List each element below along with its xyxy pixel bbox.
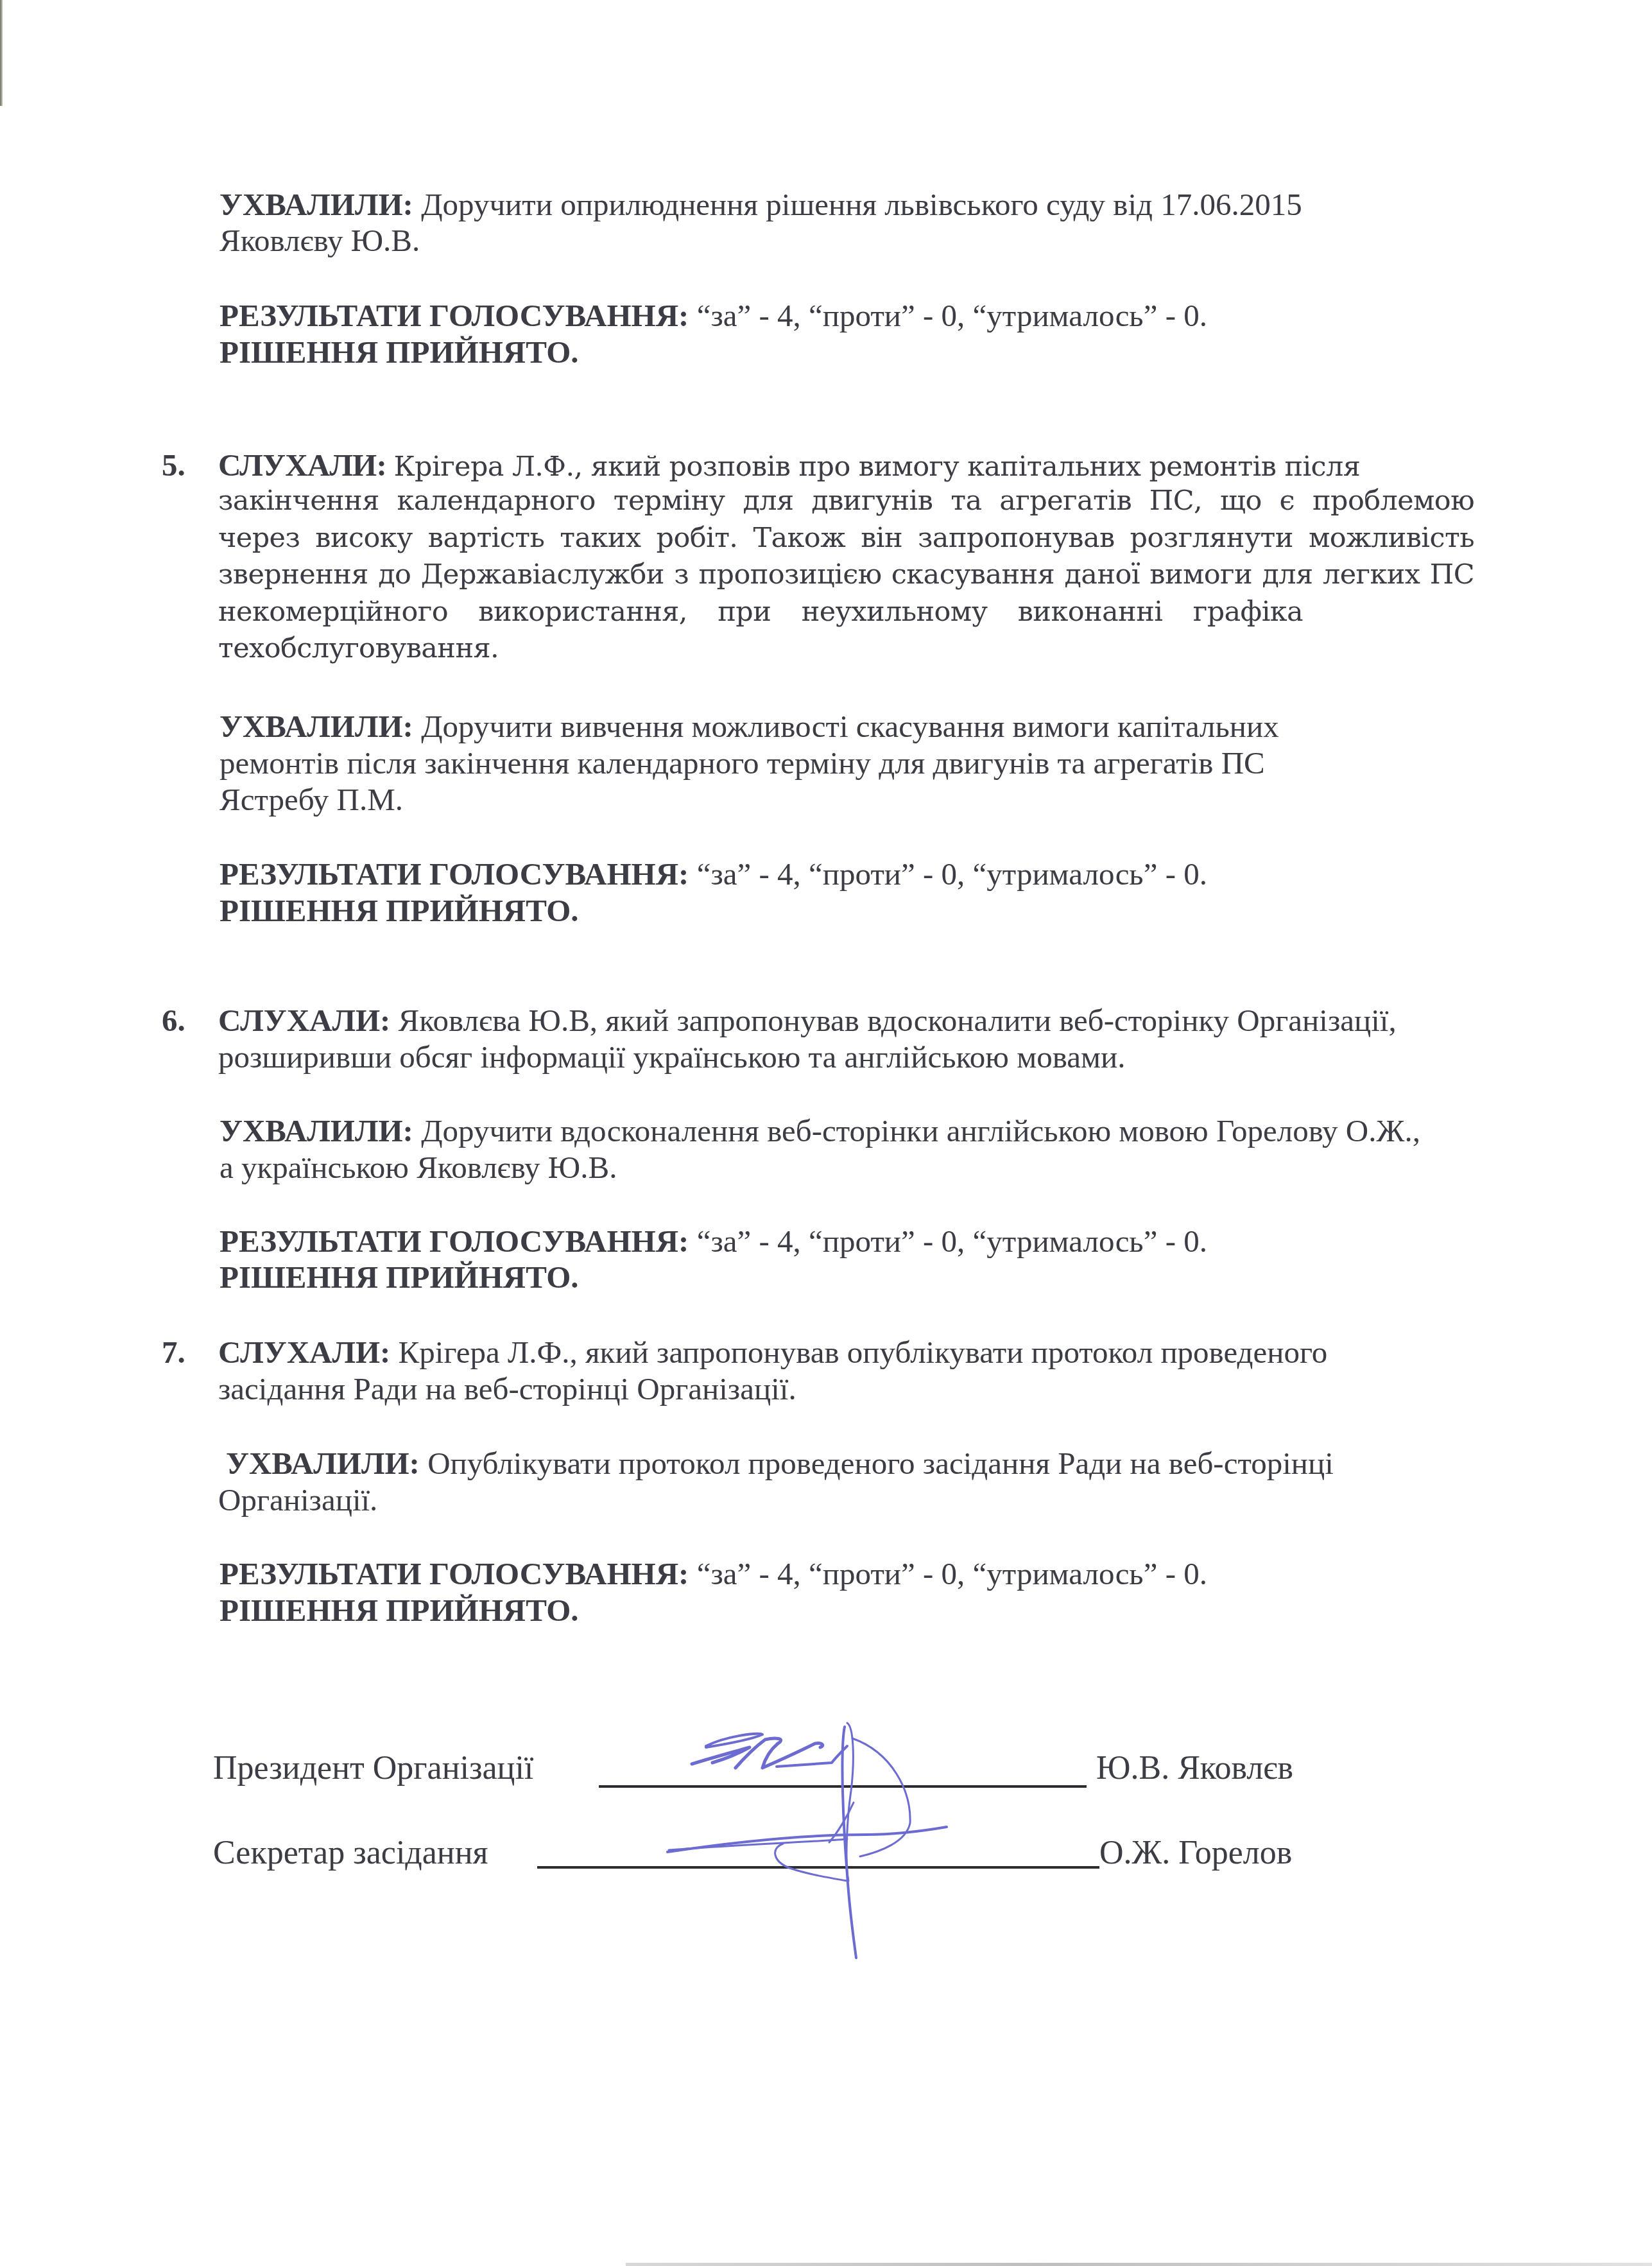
heard-line: СЛУХАЛИ: Яковлєва Ю.В, який запропонував… <box>218 1005 1474 1036</box>
heard-label: СЛУХАЛИ: <box>218 1335 390 1370</box>
heard-text: засідання Ради на веб-сторінці Організац… <box>218 1373 796 1405</box>
decided-label: УХВАЛИЛИ: <box>226 1446 420 1481</box>
decided-text: а українською Яковлєву Ю.В. <box>219 1152 617 1183</box>
vote-label: РЕЗУЛЬТАТИ ГОЛОСУВАННЯ: <box>219 1224 689 1259</box>
heard-text: Крігера Л.Ф., який розповів про вимогу к… <box>393 451 1360 483</box>
decision-line: УХВАЛИЛИ: Доручити вдосконалення веб-сто… <box>219 1115 1420 1146</box>
decided-text: Організації. <box>218 1484 377 1516</box>
heard-text: через високу вартість таких робіт. Також… <box>218 524 1474 552</box>
vote-text: “за” - 4, “проти” - 0, “утрималось” - 0. <box>697 1224 1207 1259</box>
decision-line: УХВАЛИЛИ: Опублікувати протокол проведен… <box>226 1448 1474 1479</box>
heard-text: техобслуговування. <box>218 635 499 662</box>
vote-text: “за” - 4, “проти” - 0, “утрималось” - 0. <box>697 298 1207 333</box>
decided-text: Ястребу П.М. <box>219 784 403 815</box>
vote-text: “за” - 4, “проти” - 0, “утрималось” - 0. <box>697 1556 1207 1591</box>
scan-left-edge <box>0 0 3 106</box>
heard-text: некомерційного використання, при неухиль… <box>218 598 1474 626</box>
decided-text: ремонтів після закінчення календарного т… <box>219 747 1265 779</box>
vote-line: РЕЗУЛЬТАТИ ГОЛОСУВАННЯ: “за” - 4, “проти… <box>219 1558 1207 1589</box>
decision-line: УХВАЛИЛИ: Доручити оприлюднення рішення … <box>219 189 1302 220</box>
decided-text: Опублікувати протокол проведеного засіда… <box>427 1446 1334 1481</box>
scan-bottom-edge <box>626 2263 1652 2266</box>
heard-label: СЛУХАЛИ: <box>218 1003 390 1038</box>
decision-result: РІШЕННЯ ПРИЙНЯТО. <box>219 1595 579 1626</box>
decision-result: РІШЕННЯ ПРИЙНЯТО. <box>219 336 579 368</box>
decided-label: УХВАЛИЛИ: <box>219 1113 413 1148</box>
handwritten-signature-icon <box>655 1708 950 1964</box>
item-number: 6. <box>162 1005 185 1036</box>
secretary-name: О.Ж. Горелов <box>1099 1837 1292 1870</box>
decided-text: Доручити вдосконалення веб-сторінки англ… <box>421 1113 1420 1148</box>
heard-text: звернення до Державіаслужби з пропозиціє… <box>218 561 1474 589</box>
vote-line: РЕЗУЛЬТАТИ ГОЛОСУВАННЯ: “за” - 4, “проти… <box>219 1225 1207 1257</box>
vote-label: РЕЗУЛЬТАТИ ГОЛОСУВАННЯ: <box>219 856 689 892</box>
heard-text: Яковлєва Ю.В, який запропонував вдоскона… <box>399 1003 1397 1038</box>
vote-text: “за” - 4, “проти” - 0, “утрималось” - 0. <box>697 856 1207 892</box>
heard-text: закінчення календарного терміну для двиг… <box>218 487 1474 515</box>
vote-label: РЕЗУЛЬТАТИ ГОЛОСУВАННЯ: <box>219 298 689 333</box>
president-name: Ю.В. Яковлєв <box>1096 1752 1293 1785</box>
decided-text: Яковлєву Ю.В. <box>219 225 420 256</box>
decision-result: РІШЕННЯ ПРИЙНЯТО. <box>219 895 579 926</box>
heard-text: Крігера Л.Ф., який запропонував опубліку… <box>399 1335 1328 1370</box>
secretary-role: Секретар засідання <box>213 1837 488 1870</box>
vote-label: РЕЗУЛЬТАТИ ГОЛОСУВАННЯ: <box>219 1556 689 1591</box>
decision-line: УХВАЛИЛИ: Доручити вивчення можливості с… <box>219 711 1279 742</box>
item-number: 5. <box>162 449 185 481</box>
president-role: Президент Організації <box>213 1752 533 1785</box>
heard-line: СЛУХАЛИ: Крігера Л.Ф., який розповів про… <box>218 449 1474 481</box>
decided-text: Доручити вивчення можливості скасування … <box>421 709 1279 744</box>
vote-line: РЕЗУЛЬТАТИ ГОЛОСУВАННЯ: “за” - 4, “проти… <box>219 858 1207 890</box>
vote-line: РЕЗУЛЬТАТИ ГОЛОСУВАННЯ: “за” - 4, “проти… <box>219 300 1207 331</box>
decided-label: УХВАЛИЛИ: <box>219 709 413 744</box>
decided-label: УХВАЛИЛИ: <box>219 187 413 222</box>
heard-line: СЛУХАЛИ: Крігера Л.Ф., який запропонував… <box>218 1336 1474 1368</box>
decision-result: РІШЕННЯ ПРИЙНЯТО. <box>219 1261 579 1293</box>
heard-label: СЛУХАЛИ: <box>218 447 386 483</box>
heard-text: розширивши обсяг інформації українською … <box>218 1041 1125 1073</box>
item-number: 7. <box>162 1336 185 1368</box>
decided-text: Доручити оприлюднення рішення львівськог… <box>421 187 1302 222</box>
